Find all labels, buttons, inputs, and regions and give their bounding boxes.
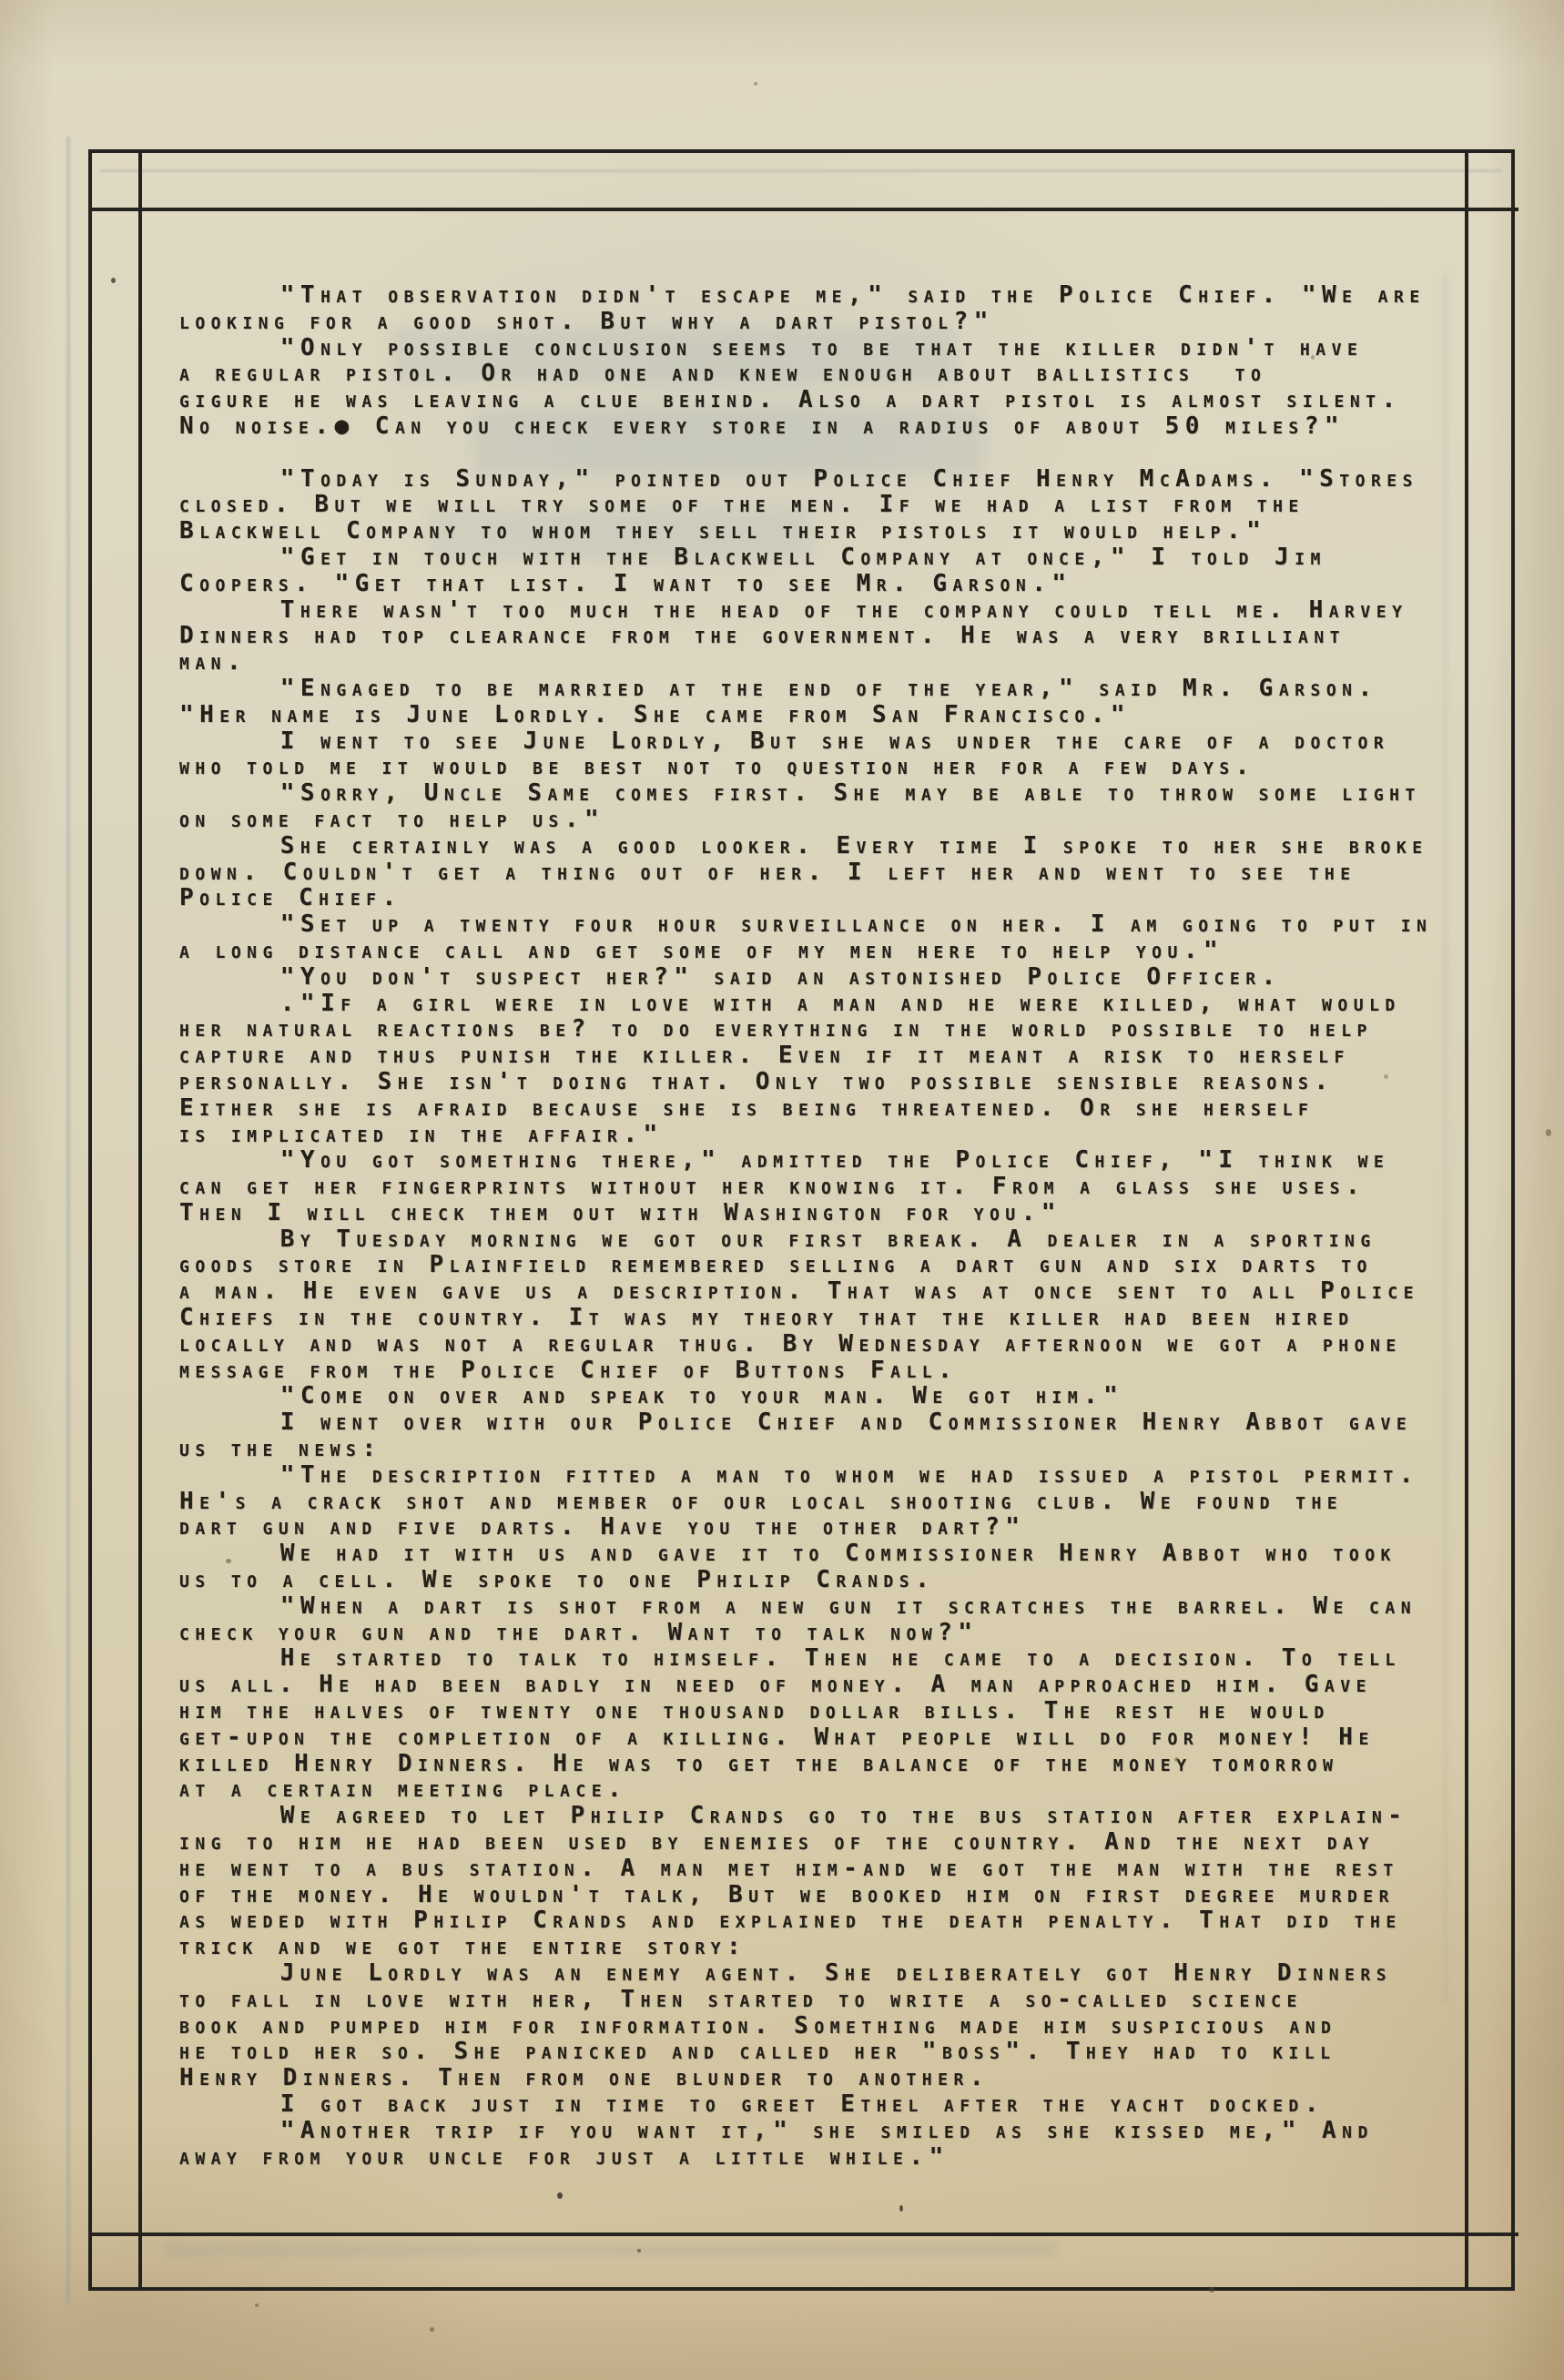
text-line: "You got something there," admitted the … [179, 1147, 1454, 1174]
text-line: get-upon the completion of a killing. Wh… [179, 1724, 1454, 1751]
text-line: down. Couldn't get a thing out of her. I… [179, 859, 1454, 886]
text-line: us to a cell. We spoke to one Philip Cra… [179, 1567, 1454, 1593]
text-line: as weded with Philip Crands and explaine… [179, 1907, 1454, 1934]
text-line: We had it with us and gave it to Commiss… [179, 1541, 1454, 1567]
text-line: We agreed to let Philip Crands go to the… [179, 1803, 1454, 1829]
text-line: "When a dart is shot from a new gun it s… [179, 1593, 1454, 1620]
text-line: a long distance call and get some of my … [179, 938, 1454, 964]
page-border-inner-rule-bottom [88, 2233, 1518, 2236]
text-line: her natural reactions be? to do everythi… [179, 1016, 1454, 1043]
text-line: "Get in touch with the Blackwell Company… [179, 544, 1454, 571]
text-line: Either she is afraid because she is bein… [179, 1095, 1454, 1122]
text-line: him the halves of twenty one thousand do… [179, 1698, 1454, 1724]
text-line: killed Henry Dinners. He was to get the … [179, 1751, 1454, 1777]
text-line: check your gun and the dart. Want to tal… [179, 1620, 1454, 1646]
text-line: I got back just in time to greet Ethel a… [179, 2091, 1454, 2118]
text-line: at a certain meeting place. [179, 1776, 1454, 1803]
text-line: a regular pistol. Or had one and knew en… [179, 361, 1454, 387]
text-line: "The description fitted a man to whom we… [179, 1462, 1454, 1489]
page-border-inner-rule-left [138, 149, 142, 2291]
text-line: away from your uncle for just a little w… [179, 2144, 1454, 2171]
text-line: can get her fingerprints without her kno… [179, 1174, 1454, 1200]
text-line: capture and thus punish the killer. Even… [179, 1043, 1454, 1069]
text-line: Chiefs in the country. It was my theory … [179, 1305, 1454, 1331]
text-line: June Lordly was an enemy agent. She deli… [179, 1960, 1454, 1987]
text-line: of the money. He wouldn't talk, But we b… [179, 1882, 1454, 1908]
text-line: By Tuesday morning we got our first brea… [179, 1226, 1454, 1253]
text-line: ing to him he had been used by enemies o… [179, 1829, 1454, 1856]
text-line: I went to see June Lordly, But she was u… [179, 728, 1454, 755]
text-line: "Her name is June Lordly. She came from … [179, 702, 1454, 728]
text-line: looking for a good shot. But why a dart … [179, 309, 1454, 335]
text-line [179, 440, 1454, 466]
text-line: There wasn't too much the head of the co… [179, 597, 1454, 624]
text-line: message from the Police Chief of Buttons… [179, 1358, 1454, 1384]
text-line: Blackwell Company to whom they sell thei… [179, 518, 1454, 544]
text-line: who told me it would be best not to ques… [179, 754, 1454, 780]
text-line: I went over with our Police Chief and Co… [179, 1409, 1454, 1436]
text-line: Coopers. "Get that list. I want to see M… [179, 571, 1454, 597]
text-line: "Sorry, Uncle Same comes first. She may … [179, 780, 1454, 807]
text-line: "Engaged to be married at the end of the… [179, 676, 1454, 702]
text-line: he told her so. She panicked and called … [179, 2039, 1454, 2065]
text-line: ."If a girl were in love with a man and … [179, 991, 1454, 1017]
page-border-inner-rule-right [1465, 149, 1468, 2291]
text-line: "Another trip if you want it," she smile… [179, 2118, 1454, 2144]
text-line: on some fact to help us." [179, 807, 1454, 833]
text-line: Police Chief. [179, 885, 1454, 911]
text-line: He's a crack shot and member of our loca… [179, 1489, 1454, 1515]
text-line: personally. She isn't doing that. Only t… [179, 1069, 1454, 1095]
page-border-inner-rule-top [88, 208, 1518, 211]
text-line: dart gun and five darts. Have you the ot… [179, 1514, 1454, 1541]
text-line: He started to talk to himself. Then he c… [179, 1645, 1454, 1672]
text-line: he went to a bus station. A man met him-… [179, 1856, 1454, 1882]
text-line: gigure he was leaving a clue behind. Als… [179, 387, 1454, 413]
text-line: man. [179, 649, 1454, 676]
text-line: closed. But we will try some of the men.… [179, 492, 1454, 518]
text-line: trick and we got the entire story: [179, 1934, 1454, 1960]
text-line: us the news: [179, 1436, 1454, 1462]
text-line: Then I will check them out with Washingt… [179, 1200, 1454, 1226]
text-line: "That observation didn't escape me," sai… [179, 282, 1454, 309]
text-line: is implicated in the affair." [179, 1122, 1454, 1148]
text-line: locally and was not a regular thug. By W… [179, 1331, 1454, 1358]
text-line: us all. He had been badly in need of mon… [179, 1672, 1454, 1698]
story-text-block: "That observation didn't escape me," sai… [179, 282, 1454, 2170]
text-line: "Come on over and speak to your man. We … [179, 1383, 1454, 1409]
text-line: She certainly was a good looker. Every t… [179, 833, 1454, 859]
text-line: "Today is Sunday," pointed out Police Ch… [179, 466, 1454, 493]
text-line: "You don't suspect her?" said an astonis… [179, 964, 1454, 991]
text-line: to fall in love with her, Then started t… [179, 1987, 1454, 2013]
text-line: book and pumped him for information. Som… [179, 2013, 1454, 2039]
text-line: "Set up a twenty four hour surveillance … [179, 911, 1454, 938]
text-line: goods store in Plainfield remembered sel… [179, 1252, 1454, 1278]
text-line: Henry Dinners. Then from one blunder to … [179, 2065, 1454, 2091]
text-line: "Only possible conclusion seems to be th… [179, 335, 1454, 361]
text-line: No noise.● Can you check every store in … [179, 413, 1454, 440]
text-line: Dinners had top clearance from the gover… [179, 623, 1454, 649]
text-line: a man. He even gave us a description. Th… [179, 1278, 1454, 1305]
